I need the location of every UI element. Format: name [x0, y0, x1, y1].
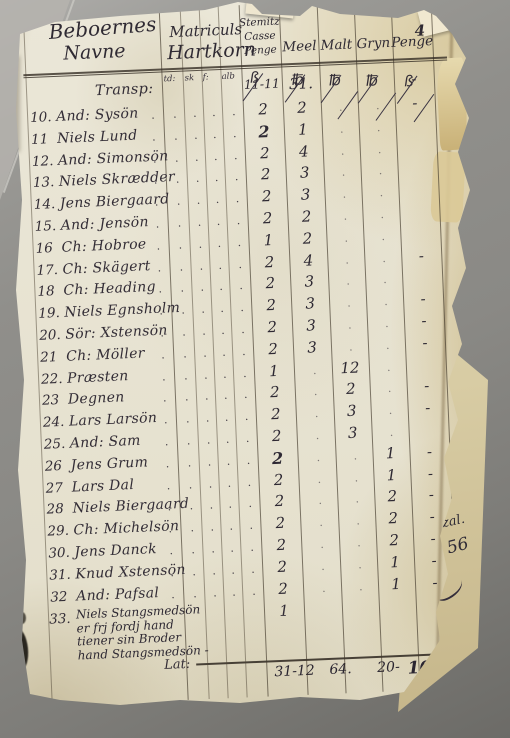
ditto-dot: · — [165, 439, 169, 452]
ditto-dot: · — [212, 567, 216, 580]
empty-cell-dot: · — [355, 496, 359, 509]
resident-name: And: Jensön — [60, 214, 149, 234]
page-number: 4 — [409, 21, 430, 40]
value-casse: 2 — [260, 513, 301, 533]
row-number: 29. — [47, 523, 69, 540]
ditto-dot: · — [241, 326, 245, 339]
empty-cell-dot: · — [314, 389, 318, 402]
resident-name: Jens Grum — [70, 454, 148, 473]
value-casse: 2 — [246, 187, 287, 207]
value-casse: 2 — [261, 535, 302, 555]
ditto-dot: · — [194, 132, 198, 145]
ditto-dot: · — [170, 569, 174, 582]
empty-cell-dot: · — [317, 476, 321, 489]
ditto-dot: · — [177, 198, 181, 211]
ditto-dot: · — [186, 416, 190, 429]
row-number: 23 — [42, 392, 60, 409]
value-casse: 2 — [258, 470, 299, 490]
ditto-dot: · — [160, 330, 164, 343]
ledger-page: Beboernes Navne Matriculs Hartkorn Stemi… — [0, 0, 510, 738]
value-malt: 12 — [331, 358, 370, 378]
ditto-dot: · — [207, 437, 211, 450]
column-header-casse: Stemitz Casse Penge — [237, 14, 283, 58]
ditto-dot: · — [180, 285, 184, 298]
ditto-dot: · — [157, 242, 161, 255]
empty-cell-dot: · — [348, 322, 352, 335]
ditto-dot: · — [205, 393, 209, 406]
ditto-dot: · — [174, 133, 178, 146]
ditto-dot: · — [230, 545, 234, 558]
ditto-dot: · — [163, 395, 167, 408]
ditto-dot: · — [152, 134, 156, 147]
ditto-dot: · — [248, 500, 252, 513]
row-number: 22. — [41, 370, 63, 387]
ditto-dot: · — [247, 479, 251, 492]
value-meel: 3 — [292, 316, 331, 336]
ditto-dot: · — [195, 154, 199, 167]
empty-cell-dot: · — [340, 126, 344, 139]
resident-name: Sör: Xstensön — [65, 322, 168, 342]
row-number: 17. — [36, 262, 58, 279]
ditto-dot: · — [162, 373, 166, 386]
ditto-dot: · — [171, 591, 175, 604]
row-number: 16 — [35, 240, 53, 257]
row-33-number: 33. — [49, 611, 71, 628]
ditto-dot: · — [220, 305, 224, 318]
row-number: 19. — [38, 305, 60, 322]
ditto-dot: · — [182, 329, 186, 342]
ditto-dot: · — [250, 544, 254, 557]
value-casse: 2 — [245, 165, 286, 185]
ditto-dot: · — [201, 306, 205, 319]
value-penge: - — [409, 442, 450, 462]
ditto-dot: · — [209, 502, 213, 515]
row-number: 20. — [39, 327, 61, 344]
ditto-dot: · — [181, 307, 185, 320]
ditto-dot: · — [198, 241, 202, 254]
value-meel: 2 — [283, 98, 322, 118]
empty-cell-dot: · — [313, 367, 317, 380]
empty-cell-dot: · — [380, 211, 384, 224]
ditto-dot: · — [193, 110, 197, 123]
ditto-dot: · — [212, 109, 216, 122]
ditto-dot: · — [215, 175, 219, 188]
resident-name: Degnen — [68, 390, 125, 408]
row-number: 18 — [37, 284, 55, 301]
value-casse: 1 — [254, 361, 295, 381]
totals-row: 31-12 64. 20- 10 = — [0, 0, 506, 1]
ditto-dot: · — [196, 175, 200, 188]
ditto-dot: · — [216, 196, 220, 209]
empty-cell-dot: · — [321, 563, 325, 576]
value-malt: 3 — [333, 423, 372, 443]
empty-cell-dot: · — [388, 386, 392, 399]
ditto-dot: · — [204, 371, 208, 384]
row-number: 15. — [34, 218, 56, 235]
column-header-malt: Malt — [317, 36, 356, 54]
value-meel: 3 — [291, 294, 330, 314]
value-gryn: 1 — [377, 574, 416, 594]
value-gryn: 1 — [372, 465, 411, 485]
ditto-dot: · — [213, 589, 217, 602]
ditto-dot: · — [232, 588, 236, 601]
ink-blot — [4, 591, 24, 621]
value-casse: 2 — [257, 448, 298, 469]
value-gryn: 1 — [371, 443, 410, 463]
ditto-dot: · — [178, 242, 182, 255]
value-casse: 2 — [244, 143, 285, 163]
ditto-dot: · — [176, 176, 180, 189]
value-casse: 2 — [263, 579, 304, 599]
ditto-dot: · — [240, 304, 244, 317]
empty-cell-dot: · — [377, 124, 381, 137]
value-gryn: 2 — [374, 509, 413, 529]
row-number: 30. — [48, 545, 70, 562]
empty-cell-dot: · — [320, 541, 324, 554]
ditto-dot: · — [161, 351, 165, 364]
value-casse: 11-11 — [242, 75, 283, 92]
resident-name: Niels Biergaard — [72, 496, 189, 517]
value-gryn: 1 — [376, 552, 415, 572]
ditto-dot: · — [183, 350, 187, 363]
empty-cell-dot: · — [379, 168, 383, 181]
ditto-dot: · — [227, 458, 231, 471]
value-casse: 2 — [252, 317, 293, 337]
value-casse: 2 — [244, 121, 285, 142]
ditto-dot: · — [200, 284, 204, 297]
ditto-dot: · — [188, 459, 192, 472]
ditto-dot: · — [234, 152, 238, 165]
ditto-dot: · — [247, 457, 251, 470]
ditto-dot: · — [211, 546, 215, 559]
empty-cell-dot: · — [357, 540, 361, 553]
empty-cell-dot: · — [354, 474, 358, 487]
ditto-dot: · — [226, 436, 230, 449]
row-number: 32 — [50, 588, 68, 605]
empty-cell-dot: · — [382, 255, 386, 268]
ditto-dot: · — [185, 394, 189, 407]
ditto-dot: · — [184, 372, 188, 385]
empty-cell-dot: · — [353, 452, 357, 465]
empty-cell-dot: · — [359, 583, 363, 596]
empty-cell-dot: · — [319, 519, 323, 532]
ditto-dot: · — [209, 480, 213, 493]
row-number: 27 — [45, 480, 63, 497]
row-number: 10. — [30, 109, 52, 126]
ditto-dot: · — [208, 459, 212, 472]
ditto-dot: · — [222, 349, 226, 362]
ditto-dot: · — [167, 504, 171, 517]
empty-cell-dot: · — [318, 498, 322, 511]
value-meel: 3 — [290, 272, 329, 292]
empty-cell-dot: · — [316, 432, 320, 445]
value-malt: 2 — [331, 379, 370, 399]
value-meel: 1 — [284, 120, 323, 140]
row-number: 13. — [33, 174, 55, 191]
value-casse: 2 — [250, 274, 291, 294]
ditto-dot: · — [231, 567, 235, 580]
empty-cell-dot: · — [315, 410, 319, 423]
resident-name: Lars Larsön — [69, 410, 158, 430]
ditto-dot: · — [242, 348, 246, 361]
resident-name: Jens Biergaard — [59, 191, 169, 212]
ditto-dot: · — [189, 481, 193, 494]
ditto-dot: · — [166, 460, 170, 473]
resident-name: Niels Skrædder — [59, 169, 176, 190]
ditto-dot: · — [151, 112, 155, 125]
resident-name: Lars Dal — [71, 477, 134, 496]
ditto-dot: · — [237, 217, 241, 230]
empty-cell-dot: · — [347, 300, 351, 313]
value-casse: 2 — [255, 404, 296, 424]
value-malt: 3 — [332, 401, 371, 421]
ditto-dot: · — [236, 196, 240, 209]
empty-cell-dot: · — [387, 364, 391, 377]
empty-cell-dot: · — [345, 256, 349, 269]
empty-cell-dot: · — [322, 585, 326, 598]
ditto-dot: · — [235, 174, 239, 187]
ditto-dot: · — [232, 108, 236, 121]
ditto-dot: · — [252, 588, 256, 601]
ditto-dot: · — [164, 417, 168, 430]
value-casse: 2 — [247, 208, 288, 228]
column-header-names-line2: Navne — [34, 39, 155, 66]
ditto-dot: · — [178, 220, 182, 233]
ditto-dot: · — [225, 414, 229, 427]
ditto-dot: · — [227, 480, 231, 493]
value-casse: 2 — [255, 383, 296, 403]
value-penge: - — [395, 93, 436, 113]
value-meel: 3 — [293, 337, 332, 357]
ditto-dot: · — [203, 350, 207, 363]
ditto-dot: · — [187, 438, 191, 451]
empty-cell-dot: · — [356, 518, 360, 531]
photo-background: zal. 56 Beboernes Navne Matriculs Hartko… — [0, 0, 510, 738]
empty-cell-dot: · — [389, 407, 393, 420]
value-casse: 2 — [259, 491, 300, 511]
total-casse: 31-12 — [268, 662, 321, 680]
row-number: 31. — [49, 567, 71, 584]
resident-name: Præsten — [67, 368, 129, 387]
empty-cell-dot: · — [342, 169, 346, 182]
ditto-dot: · — [217, 218, 221, 231]
ditto-dot: · — [210, 524, 214, 537]
row-number: 14. — [33, 196, 55, 213]
ruling: Beboernes Navne Matriculs Hartkorn Stemi… — [0, 0, 510, 738]
value-meel: 31. — [282, 74, 321, 94]
row-33-casse-value: 1 — [264, 601, 305, 621]
value-penge: - — [394, 69, 435, 89]
ditto-dot: · — [221, 327, 225, 340]
resident-name: And: Sam — [70, 433, 141, 452]
column-header-gryn: Gryn — [354, 35, 393, 53]
resident-name: Niels Lund — [57, 127, 138, 146]
empty-cell-dot: · — [358, 561, 362, 574]
value-penge: - — [410, 463, 451, 483]
value-penge: - — [403, 289, 444, 309]
empty-cell-dot: · — [390, 429, 394, 442]
casse-title-line: Penge — [238, 42, 283, 58]
ditto-dot: · — [154, 177, 158, 190]
empty-cell-dot: · — [385, 320, 389, 333]
ditto-dot: · — [190, 525, 194, 538]
ditto-dot: · — [217, 240, 221, 253]
empty-cell-dot: · — [383, 277, 387, 290]
ditto-dot: · — [239, 283, 243, 296]
value-casse: 2 — [262, 557, 303, 577]
resident-name: And: Sysön — [56, 105, 139, 124]
ditto-dot: · — [251, 566, 255, 579]
value-penge: - — [407, 398, 448, 418]
ditto-dot: · — [197, 197, 201, 210]
ditto-dot: · — [237, 239, 241, 252]
value-penge: - — [404, 311, 445, 331]
ditto-dot: · — [238, 261, 242, 274]
empty-cell-dot: · — [381, 233, 385, 246]
value-penge: - — [405, 333, 446, 353]
value-casse: 2 — [243, 99, 284, 119]
ditto-dot: · — [175, 154, 179, 167]
empty-cell-dot: · — [343, 191, 347, 204]
row-number: 12. — [32, 153, 54, 170]
ditto-dot: · — [155, 199, 159, 212]
value-meel: 2 — [287, 207, 326, 227]
value-meel: 4 — [289, 250, 328, 270]
resident-name: Ch: Michelsön — [73, 518, 179, 538]
ditto-dot: · — [157, 264, 161, 277]
ditto-dot: · — [168, 526, 172, 539]
value-meel: 4 — [284, 141, 323, 161]
total-meel: 64. — [320, 661, 361, 679]
ditto-dot: · — [233, 130, 237, 143]
ditto-dot: · — [245, 413, 249, 426]
ditto-dot: · — [173, 111, 177, 124]
ditto-dot: · — [153, 155, 157, 168]
ditto-dot: · — [158, 286, 162, 299]
ditto-dot: · — [218, 262, 222, 275]
value-gryn: 2 — [375, 530, 414, 550]
row-number: 21 — [40, 349, 58, 366]
under-page-number: 56 — [445, 534, 471, 559]
ditto-dot: · — [202, 328, 206, 341]
ditto-dot: · — [199, 263, 203, 276]
ditto-dot: · — [223, 371, 227, 384]
empty-cell-dot: · — [339, 104, 343, 117]
value-casse: 1 — [248, 230, 289, 250]
column-header-meel: Meel — [280, 38, 319, 56]
ditto-dot: · — [193, 590, 197, 603]
ditto-dot: · — [192, 568, 196, 581]
row-number: 24. — [43, 414, 65, 431]
value-penge: - — [406, 376, 447, 396]
empty-cell-dot: · — [386, 342, 390, 355]
empty-cell-dot: · — [346, 278, 350, 291]
ditto-dot: · — [224, 392, 228, 405]
value-penge: - — [411, 485, 452, 505]
empty-cell-dot: · — [376, 102, 380, 115]
ditto-dot: · — [167, 482, 171, 495]
empty-cell-dot: · — [349, 344, 353, 357]
row-number: 11 — [31, 131, 49, 148]
value-casse: 2 — [256, 426, 297, 446]
resident-name: Ch: Hobroe — [61, 236, 147, 256]
ditto-dot: · — [219, 283, 223, 296]
empty-cell-dot: · — [379, 189, 383, 202]
ink-blot — [4, 668, 17, 690]
empty-cell-dot: · — [344, 235, 348, 248]
transport-label: Transp: — [95, 81, 154, 99]
empty-cell-dot: · — [316, 454, 320, 467]
ditto-dot: · — [198, 219, 202, 232]
value-casse: 2 — [251, 295, 292, 315]
row-number: 25. — [44, 436, 66, 453]
resident-name: Ch: Möller — [66, 345, 145, 364]
ditto-dot: · — [229, 523, 233, 536]
value-penge: - — [401, 246, 442, 266]
ditto-dot: · — [243, 370, 247, 383]
ditto-dot: · — [206, 415, 210, 428]
resident-name: Ch: Heading — [63, 279, 156, 299]
empty-cell-dot: · — [341, 147, 345, 160]
value-casse: 2 — [253, 339, 294, 359]
ditto-dot: · — [159, 308, 163, 321]
value-meel: 2 — [288, 229, 327, 249]
row-number: 28 — [46, 501, 64, 518]
value-gryn: 2 — [373, 487, 412, 507]
ditto-dot: · — [179, 263, 183, 276]
resident-name: And: Pafsal — [76, 585, 159, 604]
ditto-dot: · — [246, 435, 250, 448]
ditto-dot: · — [169, 547, 173, 560]
ditto-dot: · — [156, 221, 160, 234]
value-meel: 3 — [285, 163, 324, 183]
ditto-dot: · — [228, 501, 232, 514]
ditto-dot: · — [189, 503, 193, 516]
empty-cell-dot: · — [343, 213, 347, 226]
resident-name: Jens Danck — [74, 541, 157, 560]
ditto-dot: · — [249, 522, 253, 535]
empty-cell-dot: · — [384, 298, 388, 311]
value-meel: 3 — [286, 185, 325, 205]
empty-cell-dot: · — [378, 146, 382, 159]
resident-name: Ch: Skägert — [62, 258, 151, 278]
row-number: 26 — [44, 458, 62, 475]
row-33-note: Niels Stangsmedsön er frj fordj hand tie… — [76, 601, 258, 662]
ditto-dot: · — [213, 131, 217, 144]
ditto-dot: · — [191, 547, 195, 560]
value-casse: 2 — [249, 252, 290, 272]
ditto-dot: · — [214, 153, 218, 166]
ditto-dot: · — [244, 392, 248, 405]
